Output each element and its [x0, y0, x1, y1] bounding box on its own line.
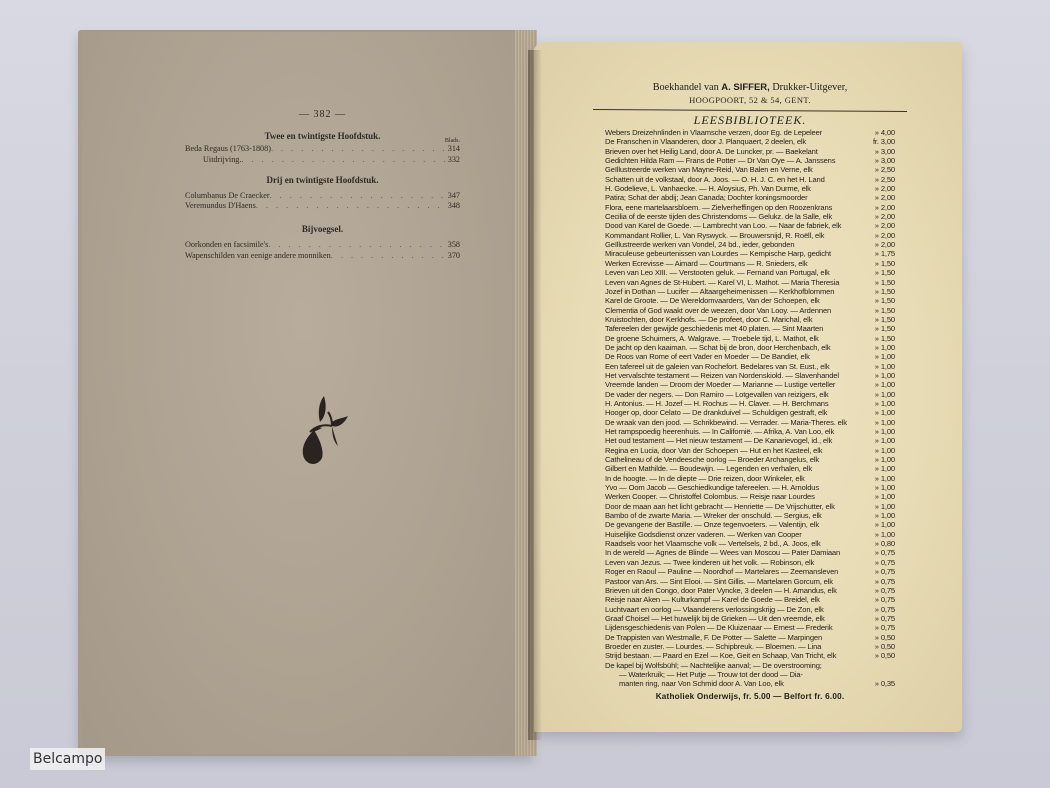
- book-title: Flora, eene martelaarsbloem. — Zielverhe…: [605, 203, 860, 212]
- book-price: » 1,00: [860, 520, 895, 529]
- book-price: » 1,00: [860, 464, 895, 473]
- book-price: » 1,50: [860, 268, 895, 277]
- book-title: Yvo — Oom Jacob — Geschiedkundige tafere…: [605, 483, 860, 492]
- book-price: [860, 661, 895, 670]
- book-list-item: Leven van Agnes de St-Hubert. — Karel VI…: [605, 278, 895, 287]
- book-title: Het vervalschte testament — Reizen van N…: [605, 371, 860, 380]
- book-title: Dood van Karel de Goede. — Lambrecht van…: [605, 221, 860, 230]
- book-title: Brieven over het Heilig Land, door A. De…: [605, 147, 860, 156]
- toc-entry: Veremundus D'Haens348: [185, 201, 460, 212]
- book-price: » 4,00: [860, 128, 895, 137]
- book-price: » 3,00: [860, 147, 895, 156]
- book-price: » 1,50: [860, 296, 895, 305]
- book-list-item: Kruistochten, door Kerkhofs. — De profee…: [605, 315, 895, 324]
- book-list-item: Broeder en zuster. — Lourdes. — Schipbre…: [605, 642, 895, 651]
- book-price: » 0,50: [860, 651, 895, 660]
- book-title: De groene Schuimers, A. Walgrave. — Troe…: [605, 334, 860, 343]
- book-list-item: Een tafereel uit de galeien van Rochefor…: [605, 362, 895, 371]
- book-list-item: — Waterkruik; — Het Putje — Trouw tot de…: [605, 670, 895, 679]
- book-list-item: Regina en Lucia, door Van der Schoepen —…: [605, 446, 895, 455]
- book-list-item: Reisje naar Aken — Kulturkampf — Karel d…: [605, 595, 895, 604]
- library-title: LEESBIBLIOTEEK.: [605, 113, 895, 127]
- book-title: Lijdensgeschiedenis van Polen — De Kluiz…: [605, 623, 860, 632]
- book-list-item: Pastoor van Ars. — Sint Elooi. — Sint Gi…: [605, 577, 895, 586]
- book-title: Geïllustreerde werken van Mayne-Reid, Va…: [605, 165, 860, 174]
- book-title: manten ring, naar Von Schmid door A. Van…: [605, 679, 860, 688]
- book-title: Webers Dreizehnlinden in Vlaamsche verze…: [605, 128, 860, 137]
- book-list: Webers Dreizehnlinden in Vlaamsche verze…: [605, 128, 895, 689]
- toc-entry: Columbanus De Craecker347: [185, 191, 460, 202]
- book-price: » 0,75: [860, 595, 895, 604]
- book-list-item: Cathelineau of de Vendeesche oorlog — Br…: [605, 455, 895, 464]
- book-price: » 1,50: [860, 334, 895, 343]
- book-price: » 1,00: [860, 343, 895, 352]
- book-price: » 1,00: [860, 408, 895, 417]
- book-price: » 1,50: [860, 278, 895, 287]
- footer-prices: Katholiek Onderwijs, fr. 5.00 — Belfort …: [605, 692, 895, 701]
- book-price: » 2,50: [860, 175, 895, 184]
- book-title: Broeder en zuster. — Lourdes. — Schipbre…: [605, 642, 860, 651]
- book-price: » 0,75: [860, 614, 895, 623]
- book-price: » 0,75: [860, 586, 895, 595]
- toc-entry: Uitdrijving.332: [185, 155, 460, 166]
- book-title: De kapel bij Wolfsbühl; — Nachtelijke aa…: [605, 661, 860, 670]
- advertisement-page: Boekhandel van A. SIFFER, Drukker-Uitgev…: [605, 82, 895, 701]
- page-number: — 382 —: [185, 110, 460, 121]
- book-price: » 2,00: [860, 193, 895, 202]
- book-title: Pastoor van Ars. — Sint Elooi. — Sint Gi…: [605, 577, 860, 586]
- book-list-item: De gevangene der Bastille. — Onze tegenv…: [605, 520, 895, 529]
- spine-shadow: [528, 50, 542, 740]
- book-list-item: Lijdensgeschiedenis van Polen — De Kluiz…: [605, 623, 895, 632]
- book-price: » 2,00: [860, 240, 895, 249]
- book-list-item: In de wereld — Agnes de Blinde — Wees va…: [605, 548, 895, 557]
- book-price: » 1,00: [860, 502, 895, 511]
- book-price: » 2,00: [860, 212, 895, 221]
- book-title: Huiselijke Godsdienst onzer vaderen. — W…: [605, 530, 860, 539]
- publisher-address: HOOGPOORT, 52 & 54, GENT.: [605, 94, 895, 106]
- book-title: H. Antonius. — H. Jozef — H. Rochus — H.…: [605, 399, 860, 408]
- book-list-item: De groene Schuimers, A. Walgrave. — Troe…: [605, 334, 895, 343]
- book-list-item: De Roos van Rome of eert Vader en Moeder…: [605, 352, 895, 361]
- book-list-item: Jozef in Dothan — Lucifer — Altaargeheim…: [605, 287, 895, 296]
- book-list-item: Werken Cooper. — Christoffel Colombus. —…: [605, 492, 895, 501]
- book-price: » 2,00: [860, 221, 895, 230]
- book-title: Geïllustreerde werken van Vondel, 24 bd.…: [605, 240, 860, 249]
- book-title: Jozef in Dothan — Lucifer — Altaargeheim…: [605, 287, 860, 296]
- book-title: Raadsels voor het Vlaamsche volk — Verte…: [605, 539, 860, 548]
- book-list-item: Yvo — Oom Jacob — Geschiedkundige tafere…: [605, 483, 895, 492]
- book-list-item: Werken Ecrevisse — Aimard — Courtmans — …: [605, 259, 895, 268]
- book-title: Clementia of God waakt over de weezen, d…: [605, 306, 860, 315]
- book-price: » 1,50: [860, 259, 895, 268]
- book-title: Kommandant Rollier, L. Van Ryswyck. — Br…: [605, 231, 860, 240]
- book-title: Gedichten Hilda Ram — Frans de Potter — …: [605, 156, 860, 165]
- book-list-item: Strijd bestaan. — Paard en Ezel — Koe, G…: [605, 651, 895, 660]
- book-price: » 0,35: [860, 679, 895, 688]
- book-price: » 1,00: [860, 362, 895, 371]
- book-list-item: H. Antonius. — H. Jozef — H. Rochus — H.…: [605, 399, 895, 408]
- book-price: » 1,00: [860, 455, 895, 464]
- book-price: » 2,00: [860, 231, 895, 240]
- book-title: Luchtvaart en oorlog — Vlaanderens verlo…: [605, 605, 860, 614]
- book-title: De vader der negers. — Don Ramiro — Lotg…: [605, 390, 860, 399]
- book-price: » 1,50: [860, 324, 895, 333]
- book-title: Schatten uit de volkstaal, door A. Joos.…: [605, 175, 860, 184]
- book-price: » 1,00: [860, 474, 895, 483]
- book-price: » 1,00: [860, 399, 895, 408]
- book-price: » 1,00: [860, 530, 895, 539]
- book-price: » 2,00: [860, 184, 895, 193]
- book-title: Patira; Schat der abdij; Jean Canada; Do…: [605, 193, 860, 202]
- book-title: Reisje naar Aken — Kulturkampf — Karel d…: [605, 595, 860, 604]
- book-list-item: Clementia of God waakt over de weezen, d…: [605, 306, 895, 315]
- book-price: » 1,00: [860, 418, 895, 427]
- book-price: » 0,75: [860, 558, 895, 567]
- book-title: Roger en Raoul — Pauline — Noordhof — Ma…: [605, 567, 860, 576]
- book-list-item: Gedichten Hilda Ram — Frans de Potter — …: [605, 156, 895, 165]
- book-title: Het rampspoedig heerenhuis. — In Califor…: [605, 427, 860, 436]
- book-list-item: Brieven over het Heilig Land, door A. De…: [605, 147, 895, 156]
- book-title: Regina en Lucia, door Van der Schoepen —…: [605, 446, 860, 455]
- book-price: » 0,75: [860, 577, 895, 586]
- book-title: De Franschen in Vlaanderen, door J. Plan…: [605, 137, 860, 146]
- book-price: » 0,75: [860, 605, 895, 614]
- book-list-item: Luchtvaart en oorlog — Vlaanderens verlo…: [605, 605, 895, 614]
- book-title: — Waterkruik; — Het Putje — Trouw tot de…: [605, 670, 860, 679]
- book-title: Karel de Groote. — De Wereldomvaarders, …: [605, 296, 860, 305]
- book-price: » 2,50: [860, 165, 895, 174]
- section-title: Drij en twintigste Hoofdstuk.: [185, 175, 460, 186]
- watermark-label: Belcampo: [30, 748, 105, 770]
- book-list-item: Patira; Schat der abdij; Jean Canada; Do…: [605, 193, 895, 202]
- book-list-item: Webers Dreizehnlinden in Vlaamsche verze…: [605, 128, 895, 137]
- book-list-item: Flora, eene martelaarsbloem. — Zielverhe…: [605, 203, 895, 212]
- book-title: De gevangene der Bastille. — Onze tegenv…: [605, 520, 860, 529]
- book-title: Hooger op, door Celato — De drankduivel …: [605, 408, 860, 417]
- book-list-item: Tafereelen der gewijde geschiedenis met …: [605, 324, 895, 333]
- book-title: Een tafereel uit de galeien van Rochefor…: [605, 362, 860, 371]
- section-title: Bijvoegsel.: [185, 224, 460, 235]
- divider: [593, 109, 907, 112]
- book-price: » 1,00: [860, 390, 895, 399]
- book-list-item: Geïllustreerde werken van Vondel, 24 bd.…: [605, 240, 895, 249]
- book-title: Strijd bestaan. — Paard en Ezel — Koe, G…: [605, 651, 860, 660]
- book-price: » 1,50: [860, 306, 895, 315]
- book-price: » 1,50: [860, 287, 895, 296]
- book-list-item: Het rampspoedig heerenhuis. — In Califor…: [605, 427, 895, 436]
- book-title: Vreemde landen — Droom der Moeder — Mari…: [605, 380, 860, 389]
- book-list-item: Vreemde landen — Droom der Moeder — Mari…: [605, 380, 895, 389]
- book-title: Cathelineau of de Vendeesche oorlog — Br…: [605, 455, 860, 464]
- book-list-item: Raadsels voor het Vlaamsche volk — Verte…: [605, 539, 895, 548]
- book-list-item: Leven van Leo XIII. — Verstooten geluk. …: [605, 268, 895, 277]
- book-price: » 1,75: [860, 249, 895, 258]
- book-price: fr. 3,00: [860, 137, 895, 146]
- book-list-item: Bambo of de zwarte Maria. — Wreker der o…: [605, 511, 895, 520]
- book-price: » 1,00: [860, 511, 895, 520]
- book-list-item: Graaf Choisel — Het huwelijk bij de Grie…: [605, 614, 895, 623]
- book-price: » 3,00: [860, 156, 895, 165]
- book-title: Cecilia of de eerste tijden des Christen…: [605, 212, 860, 221]
- book-price: » 1,00: [860, 380, 895, 389]
- book-list-item: De kapel bij Wolfsbühl; — Nachtelijke aa…: [605, 661, 895, 670]
- book-price: » 0,50: [860, 642, 895, 651]
- book-list-item: De vader der negers. — Don Ramiro — Lotg…: [605, 390, 895, 399]
- book-list-item: H. Godelieve, L. Vanhaecke. — H. Aloysiu…: [605, 184, 895, 193]
- book-list-item: De Trappisten van Westmalle, F. De Potte…: [605, 633, 895, 642]
- book-price: » 0,75: [860, 567, 895, 576]
- book-list-item: Het oud testament — Het nieuw testament …: [605, 436, 895, 445]
- book-price: » 1,50: [860, 315, 895, 324]
- book-title: Leven van Leo XIII. — Verstooten geluk. …: [605, 268, 860, 277]
- book-title: Bambo of de zwarte Maria. — Wreker der o…: [605, 511, 860, 520]
- book-list-item: De jacht op den kaaiman. — Schat bij de …: [605, 343, 895, 352]
- book-title: H. Godelieve, L. Vanhaecke. — H. Aloysiu…: [605, 184, 860, 193]
- book-list-item: Roger en Raoul — Pauline — Noordhof — Ma…: [605, 567, 895, 576]
- book-list-item: Hooger op, door Celato — De drankduivel …: [605, 408, 895, 417]
- toc-entry: Wapenschilden van eenige andere monniken…: [185, 251, 460, 262]
- book-title: De wraak van den jood. — Schrikbewind. —…: [605, 418, 860, 427]
- book-title: Door de maan aan het licht gebracht — He…: [605, 502, 860, 511]
- book-list-item: Gilbert en Mathilde. — Boudewijn. — Lege…: [605, 464, 895, 473]
- book-title: Miraculeuse gebeurtenissen van Lourdes —…: [605, 249, 860, 258]
- book-price: » 0,75: [860, 548, 895, 557]
- table-of-contents: — 382 — Twee en twintigste Hoofdstuk. Bl…: [185, 110, 460, 261]
- book-price: » 0,50: [860, 633, 895, 642]
- book-list-item: Miraculeuse gebeurtenissen van Lourdes —…: [605, 249, 895, 258]
- book-list-item: Schatten uit de volkstaal, door A. Joos.…: [605, 175, 895, 184]
- book-title: Tafereelen der gewijde geschiedenis met …: [605, 324, 860, 333]
- book-title: In de wereld — Agnes de Blinde — Wees va…: [605, 548, 860, 557]
- book-title: In de hoogte. — In de diepte — Drie reiz…: [605, 474, 860, 483]
- book-title: Graaf Choisel — Het huwelijk bij de Grie…: [605, 614, 860, 623]
- book-list-item: De wraak van den jood. — Schrikbewind. —…: [605, 418, 895, 427]
- publisher-name: A. SIFFER,: [721, 82, 770, 93]
- book-title: De Roos van Rome of eert Vader en Moeder…: [605, 352, 860, 361]
- book-title: Leven van Jezus. — Twee kinderen uit het…: [605, 558, 860, 567]
- book-title: Werken Ecrevisse — Aimard — Courtmans — …: [605, 259, 860, 268]
- book-price: » 1,00: [860, 352, 895, 361]
- toc-entry: Oorkonden en facsimile's358: [185, 240, 460, 251]
- toc-entry: Beda Regaus (1763-1808)314: [185, 144, 460, 155]
- book-price: » 1,00: [860, 427, 895, 436]
- book-list-item: Het vervalschte testament — Reizen van N…: [605, 371, 895, 380]
- book-list-item: Cecilia of de eerste tijden des Christen…: [605, 212, 895, 221]
- book-list-item: Geïllustreerde werken van Mayne-Reid, Va…: [605, 165, 895, 174]
- book-title: Gilbert en Mathilde. — Boudewijn. — Lege…: [605, 464, 860, 473]
- book-title: Leven van Agnes de St-Hubert. — Karel VI…: [605, 278, 860, 287]
- book-list-item: Dood van Karel de Goede. — Lambrecht van…: [605, 221, 895, 230]
- book-price: » 0,80: [860, 539, 895, 548]
- book-list-item: Karel de Groote. — De Wereldomvaarders, …: [605, 296, 895, 305]
- book-price: » 1,00: [860, 436, 895, 445]
- book-list-item: Huiselijke Godsdienst onzer vaderen. — W…: [605, 530, 895, 539]
- book-title: De jacht op den kaaiman. — Schat bij de …: [605, 343, 860, 352]
- book-list-item: manten ring, naar Von Schmid door A. Van…: [605, 679, 895, 688]
- book-list-item: Kommandant Rollier, L. Van Ryswyck. — Br…: [605, 231, 895, 240]
- book-price: » 1,00: [860, 371, 895, 380]
- book-list-item: In de hoogte. — In de diepte — Drie reiz…: [605, 474, 895, 483]
- book-title: De Trappisten van Westmalle, F. De Potte…: [605, 633, 860, 642]
- book-title: Werken Cooper. — Christoffel Colombus. —…: [605, 492, 860, 501]
- book-list-item: De Franschen in Vlaanderen, door J. Plan…: [605, 137, 895, 146]
- book-list-item: Door de maan aan het licht gebracht — He…: [605, 502, 895, 511]
- book-title: Brieven uit den Congo, door Pater Vyncke…: [605, 586, 860, 595]
- publisher-header: Boekhandel van A. SIFFER, Drukker-Uitgev…: [605, 82, 895, 94]
- book-price: » 2,00: [860, 203, 895, 212]
- book-list-item: Leven van Jezus. — Twee kinderen uit het…: [605, 558, 895, 567]
- book-price: » 1,00: [860, 492, 895, 501]
- book-list-item: Brieven uit den Congo, door Pater Vyncke…: [605, 586, 895, 595]
- book-price: [860, 670, 895, 679]
- book-title: Kruistochten, door Kerkhofs. — De profee…: [605, 315, 860, 324]
- book-price: » 1,00: [860, 483, 895, 492]
- book-price: » 1,00: [860, 446, 895, 455]
- book-title: Het oud testament — Het nieuw testament …: [605, 436, 860, 445]
- pear-branch-ornament-icon: [298, 392, 354, 470]
- book-price: » 0,75: [860, 623, 895, 632]
